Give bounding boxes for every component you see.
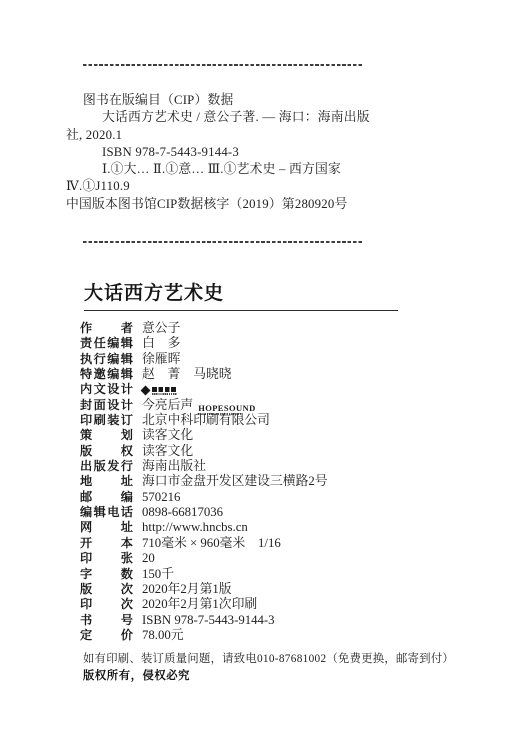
credit-row: 印刷装订北京中科印刷有限公司 [80, 413, 480, 428]
cip-line: 中国版本图书馆CIP数据核字（2019）第280920号 [66, 196, 396, 213]
credit-value: 海口市金盘开发区建设三横路2号 [142, 474, 328, 488]
credit-row: 字 数150千 [80, 567, 480, 582]
credit-value: 白 多 [142, 336, 180, 350]
cip-data-block: 图书在版编目（CIP）数据 大话西方艺术史 / 意公子著. — 海口：海南出版 … [66, 92, 396, 213]
cip-line: 大话西方艺术史 / 意公子著. — 海口：海南出版 [66, 109, 396, 126]
hopesound-wordmark: HOPESOUND [198, 404, 255, 412]
credit-value: 150千 [142, 567, 174, 581]
credit-value: 2020年2月第1次印刷 [142, 597, 257, 611]
credit-label: 网 址 [80, 520, 133, 535]
credit-label: 执行编辑 [80, 352, 133, 367]
credit-label: 地 址 [80, 474, 133, 489]
credit-label: 定 价 [80, 628, 133, 643]
interior-design-studio-logo [142, 387, 177, 395]
credit-label: 版 次 [80, 582, 133, 597]
credit-label: 策 划 [80, 428, 133, 443]
cip-line: ISBN 978-7-5443-9144-3 [66, 144, 396, 161]
credit-row: 印 张20 [80, 551, 480, 566]
logo-microtext [152, 387, 177, 392]
credit-row: 地 址海口市金盘开发区建设三横路2号 [80, 474, 480, 489]
credit-value: 徐雁晖 [142, 352, 180, 366]
cip-line: Ⅰ.①大… Ⅱ.①意… Ⅲ.①艺术史 – 西方国家 [66, 161, 396, 178]
diamond-logo-icon [141, 386, 151, 396]
credit-label: 责任编辑 [80, 336, 133, 351]
credit-value: 0898-66817036 [142, 505, 223, 519]
credit-row: 邮 编570216 [80, 490, 480, 505]
credit-label: 字 数 [80, 567, 133, 582]
credit-label: 内文设计 [80, 382, 133, 397]
credit-label: 印 次 [80, 597, 133, 612]
credit-value: 海南出版社 [142, 459, 206, 473]
credit-label: 出版发行 [80, 459, 133, 474]
credit-row: 版 权读客文化 [80, 444, 480, 459]
credit-value: ISBN 978-7-5443-9144-3 [142, 613, 275, 627]
credit-row: 特邀编辑赵 菁 马晓晓 [80, 367, 480, 382]
cip-line: 图书在版编目（CIP）数据 [66, 92, 396, 109]
credits-list: 作 者意公子 责任编辑白 多 执行编辑徐雁晖 特邀编辑赵 菁 马晓晓 内文设计 … [80, 321, 480, 643]
credit-row: 开 本710毫米 × 960毫米 1/16 [80, 536, 480, 551]
credit-value: 读客文化 [142, 444, 193, 458]
credit-row: 策 划读客文化 [80, 428, 480, 443]
credit-label: 特邀编辑 [80, 367, 133, 382]
credit-row: 版 次2020年2月第1版 [80, 582, 480, 597]
credit-value: 570216 [142, 490, 180, 504]
colophon-page: 图书在版编目（CIP）数据 大话西方艺术史 / 意公子著. — 海口：海南出版 … [0, 0, 520, 737]
credit-value: 今亮后声 [142, 398, 193, 412]
credit-value: 意公子 [142, 321, 180, 335]
credit-row: 定 价78.00元 [80, 628, 480, 643]
credit-value: 北京中科印刷有限公司 [142, 413, 270, 427]
credit-value: 2020年2月第1版 [142, 582, 232, 596]
credit-value: http://www.hncbs.cn [142, 520, 248, 534]
credit-value: 读客文化 [142, 428, 193, 442]
credit-row: 书 号ISBN 978-7-5443-9144-3 [80, 613, 480, 628]
cip-line: Ⅳ.①J110.9 [66, 178, 396, 195]
credit-row: 封面设计今亮后声HOPESOUND [80, 398, 480, 413]
credit-label: 作 者 [80, 321, 133, 336]
cip-line: 社, 2020.1 [66, 127, 396, 144]
separator-dashed-top [83, 64, 362, 66]
separator-dashed-middle [83, 241, 362, 243]
credit-label: 编辑电话 [80, 505, 133, 520]
logo-underline [152, 393, 177, 395]
credit-row: 内文设计 [80, 382, 480, 397]
title-underline [84, 310, 398, 311]
credit-value: 710毫米 × 960毫米 1/16 [142, 536, 281, 550]
credit-row: 编辑电话0898-66817036 [80, 505, 480, 520]
credit-row: 网 址http://www.hncbs.cn [80, 520, 480, 535]
credit-row: 出版发行海南出版社 [80, 459, 480, 474]
credit-label: 开 本 [80, 536, 133, 551]
credit-value: 78.00元 [142, 628, 184, 642]
credit-row: 执行编辑徐雁晖 [80, 352, 480, 367]
credit-label: 版 权 [80, 444, 133, 459]
quality-note: 如有印刷、装订质量问题，请致电010-87681002（免费更换，邮寄到付） [83, 650, 454, 666]
credit-row: 作 者意公子 [80, 321, 480, 336]
credit-label: 邮 编 [80, 490, 133, 505]
credit-label: 印 张 [80, 551, 133, 566]
credit-value: 赵 菁 马晓晓 [142, 367, 232, 381]
credit-row: 印 次2020年2月第1次印刷 [80, 597, 480, 612]
credit-label: 书 号 [80, 613, 133, 628]
credit-label: 印刷装订 [80, 413, 133, 428]
copyright-notice: 版权所有，侵权必究 [83, 667, 190, 683]
credit-row: 责任编辑白 多 [80, 336, 480, 351]
credit-label: 封面设计 [80, 398, 133, 413]
book-title: 大话西方艺术史 [84, 283, 224, 305]
credit-value: 20 [142, 551, 155, 565]
